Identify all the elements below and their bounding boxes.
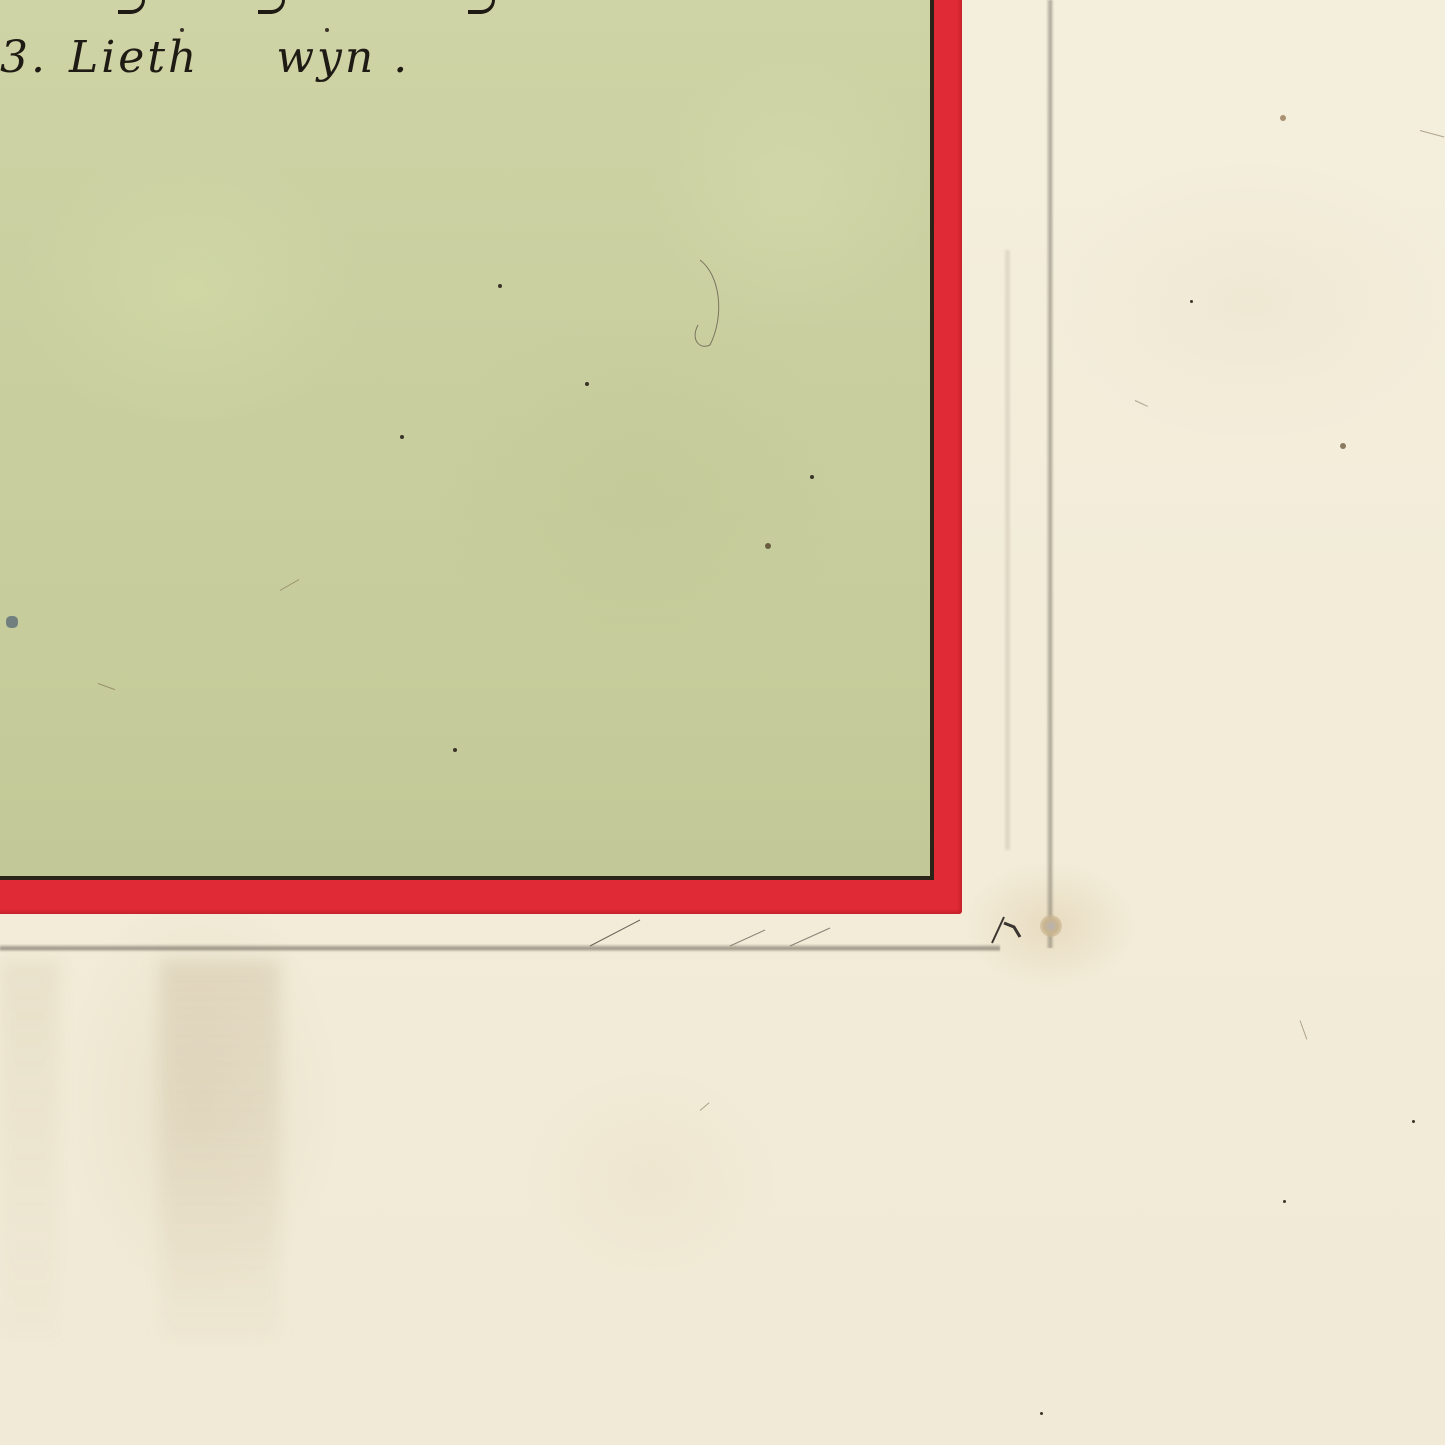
paper-stain	[160, 960, 280, 1340]
ink-speck	[180, 28, 184, 32]
blue-pigment-speck	[6, 616, 18, 628]
legend-number: 3.	[0, 32, 48, 83]
paper-speck	[1412, 1120, 1415, 1123]
paper-speck	[1280, 115, 1286, 121]
ink-speck	[325, 28, 329, 32]
paper-speck	[1283, 1200, 1286, 1203]
letter-descender	[118, 0, 145, 14]
plate-corner-scratch-icon	[990, 905, 1030, 945]
map-cartouche: 3. Lieth wyn .	[0, 0, 962, 916]
paper-speck	[1190, 300, 1193, 303]
paper-fibre	[98, 683, 115, 690]
plate-mark-faint-line	[1005, 250, 1010, 850]
ink-speck	[453, 748, 457, 752]
plate-mark-vertical	[1046, 0, 1054, 948]
ink-speck	[585, 382, 589, 386]
ink-speck	[765, 543, 771, 549]
paper-fibre	[280, 579, 300, 591]
letter-descender	[468, 0, 495, 14]
rust-spot	[1040, 915, 1062, 937]
paper-stain	[0, 960, 60, 1340]
plate-mark-horizontal	[0, 944, 1000, 952]
legend-word-lieth: Lieth	[69, 32, 199, 83]
ink-speck	[810, 475, 814, 479]
cartouche-field: 3. Lieth wyn .	[0, 0, 930, 876]
legend-inscription: 3. Lieth wyn .	[0, 32, 410, 83]
ink-speck	[400, 435, 404, 439]
letter-descender	[258, 0, 285, 14]
hatching-marks	[590, 910, 850, 950]
ink-speck	[498, 284, 502, 288]
paper-speck	[1340, 443, 1346, 449]
pencil-squiggle	[670, 255, 730, 355]
paper-speck	[1040, 1412, 1043, 1415]
legend-terminal: .	[393, 32, 410, 83]
legend-word-wyn: wyn	[276, 32, 376, 83]
